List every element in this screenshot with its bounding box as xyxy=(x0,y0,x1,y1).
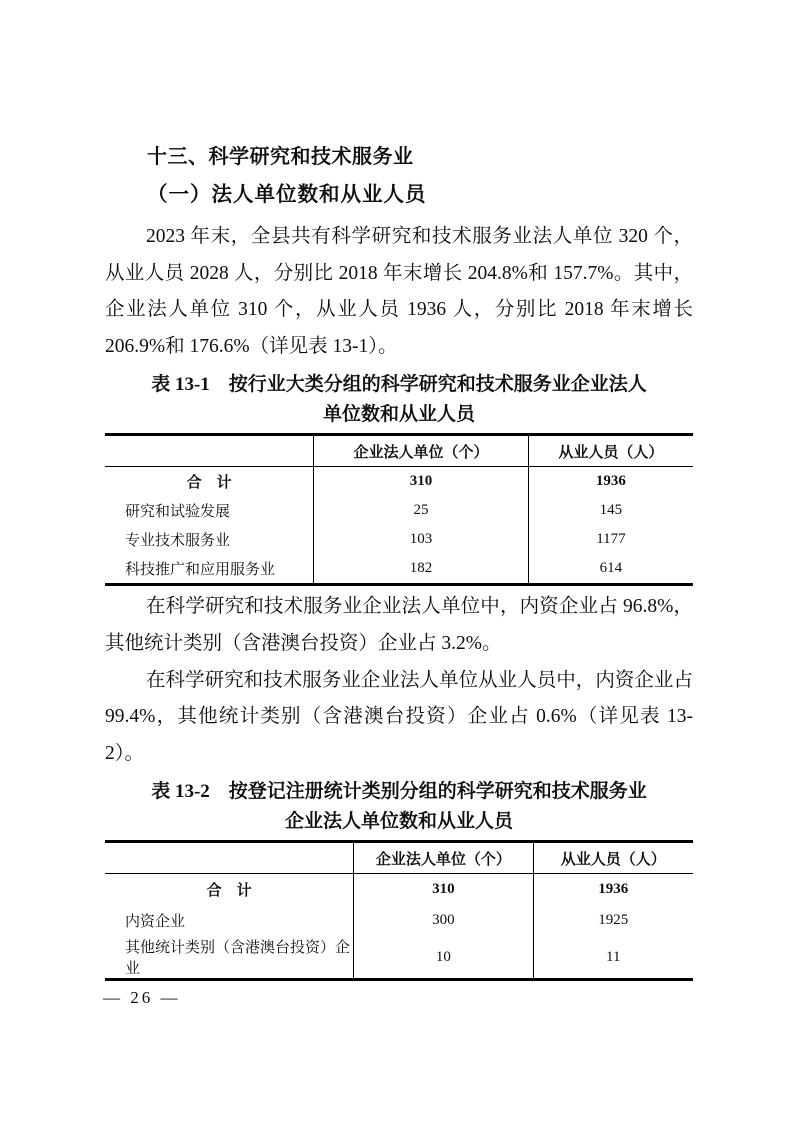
row-label: 专业技术服务业 xyxy=(105,525,314,554)
document-page: 十三、科学研究和技术服务业 （一）法人单位数和从业人员 2023 年末，全县共有… xyxy=(0,0,793,1122)
page-number: — 26 — xyxy=(103,988,181,1008)
table-13-1-title-line1: 表 13-1 按行业大类分组的科学研究和技术服务业企业法人 xyxy=(105,370,693,400)
table-row-total: 合 计 310 1936 xyxy=(105,467,693,497)
table-13-2-col-header-units: 企业法人单位（个） xyxy=(354,842,533,874)
paragraph-enterprise-persons: 在科学研究和技术服务业企业法人单位从业人员中，内资企业占 99.4%，其他统计类… xyxy=(105,663,693,773)
table-13-2: 企业法人单位（个） 从业人员（人） 合 计 310 1936 内资企业 300 … xyxy=(105,840,693,981)
row-persons-value: 145 xyxy=(528,496,693,525)
row-label: 研究和试验发展 xyxy=(105,496,314,525)
table-row-total: 合 计 310 1936 xyxy=(105,874,693,906)
table-13-2-corner-cell xyxy=(105,842,354,874)
page-content: 十三、科学研究和技术服务业 （一）法人单位数和从业人员 2023 年末，全县共有… xyxy=(105,0,693,981)
table-row: 专业技术服务业 103 1177 xyxy=(105,525,693,554)
row-label: 其他统计类别（含港澳台投资）企业 xyxy=(105,936,354,980)
row-label: 内资企业 xyxy=(105,905,354,936)
table-13-2-header-row: 企业法人单位（个） 从业人员（人） xyxy=(105,842,693,874)
row-units-value: 103 xyxy=(314,525,529,554)
table-row: 研究和试验发展 25 145 xyxy=(105,496,693,525)
section-subheading: （一）法人单位数和从业人员 xyxy=(147,180,693,210)
table-13-2-col-header-persons: 从业人员（人） xyxy=(533,842,693,874)
paragraph-overview: 2023 年末，全县共有科学研究和技术服务业法人单位 320 个，从业人员 20… xyxy=(105,219,693,365)
table-13-1-header-row: 企业法人单位（个） 从业人员（人） xyxy=(105,435,693,467)
row-persons-value: 1177 xyxy=(528,525,693,554)
row-label: 合 计 xyxy=(105,467,314,497)
table-row: 内资企业 300 1925 xyxy=(105,905,693,936)
row-label: 合 计 xyxy=(105,874,354,906)
row-units-value: 182 xyxy=(314,554,529,585)
row-persons-value: 1936 xyxy=(528,467,693,497)
row-units-value: 310 xyxy=(354,874,533,906)
table-13-1-title-line2: 单位数和从业人员 xyxy=(105,400,693,430)
row-label: 科技推广和应用服务业 xyxy=(105,554,314,585)
paragraph-enterprise-units: 在科学研究和技术服务业企业法人单位中，内资企业占 96.8%，其他统计类别（含港… xyxy=(105,589,693,662)
row-units-value: 25 xyxy=(314,496,529,525)
table-13-1: 企业法人单位（个） 从业人员（人） 合 计 310 1936 研究和试验发展 2… xyxy=(105,433,693,586)
table-13-2-title: 表 13-2 按登记注册统计类别分组的科学研究和技术服务业 企业法人单位数和从业… xyxy=(105,777,693,837)
row-units-value: 300 xyxy=(354,905,533,936)
table-13-1-col-header-persons: 从业人员（人） xyxy=(528,435,693,467)
row-units-value: 310 xyxy=(314,467,529,497)
row-persons-value: 1925 xyxy=(533,905,693,936)
table-row: 科技推广和应用服务业 182 614 xyxy=(105,554,693,585)
table-13-1-corner-cell xyxy=(105,435,314,467)
table-13-1-col-header-units: 企业法人单位（个） xyxy=(314,435,529,467)
table-row: 其他统计类别（含港澳台投资）企业 10 11 xyxy=(105,936,693,980)
table-13-2-title-line1: 表 13-2 按登记注册统计类别分组的科学研究和技术服务业 xyxy=(105,777,693,807)
table-13-2-title-line2: 企业法人单位数和从业人员 xyxy=(105,807,693,837)
row-units-value: 10 xyxy=(354,936,533,980)
row-persons-value: 11 xyxy=(533,936,693,980)
section-heading: 十三、科学研究和技术服务业 xyxy=(147,141,693,171)
row-persons-value: 1936 xyxy=(533,874,693,906)
row-persons-value: 614 xyxy=(528,554,693,585)
table-13-1-title: 表 13-1 按行业大类分组的科学研究和技术服务业企业法人 单位数和从业人员 xyxy=(105,370,693,430)
